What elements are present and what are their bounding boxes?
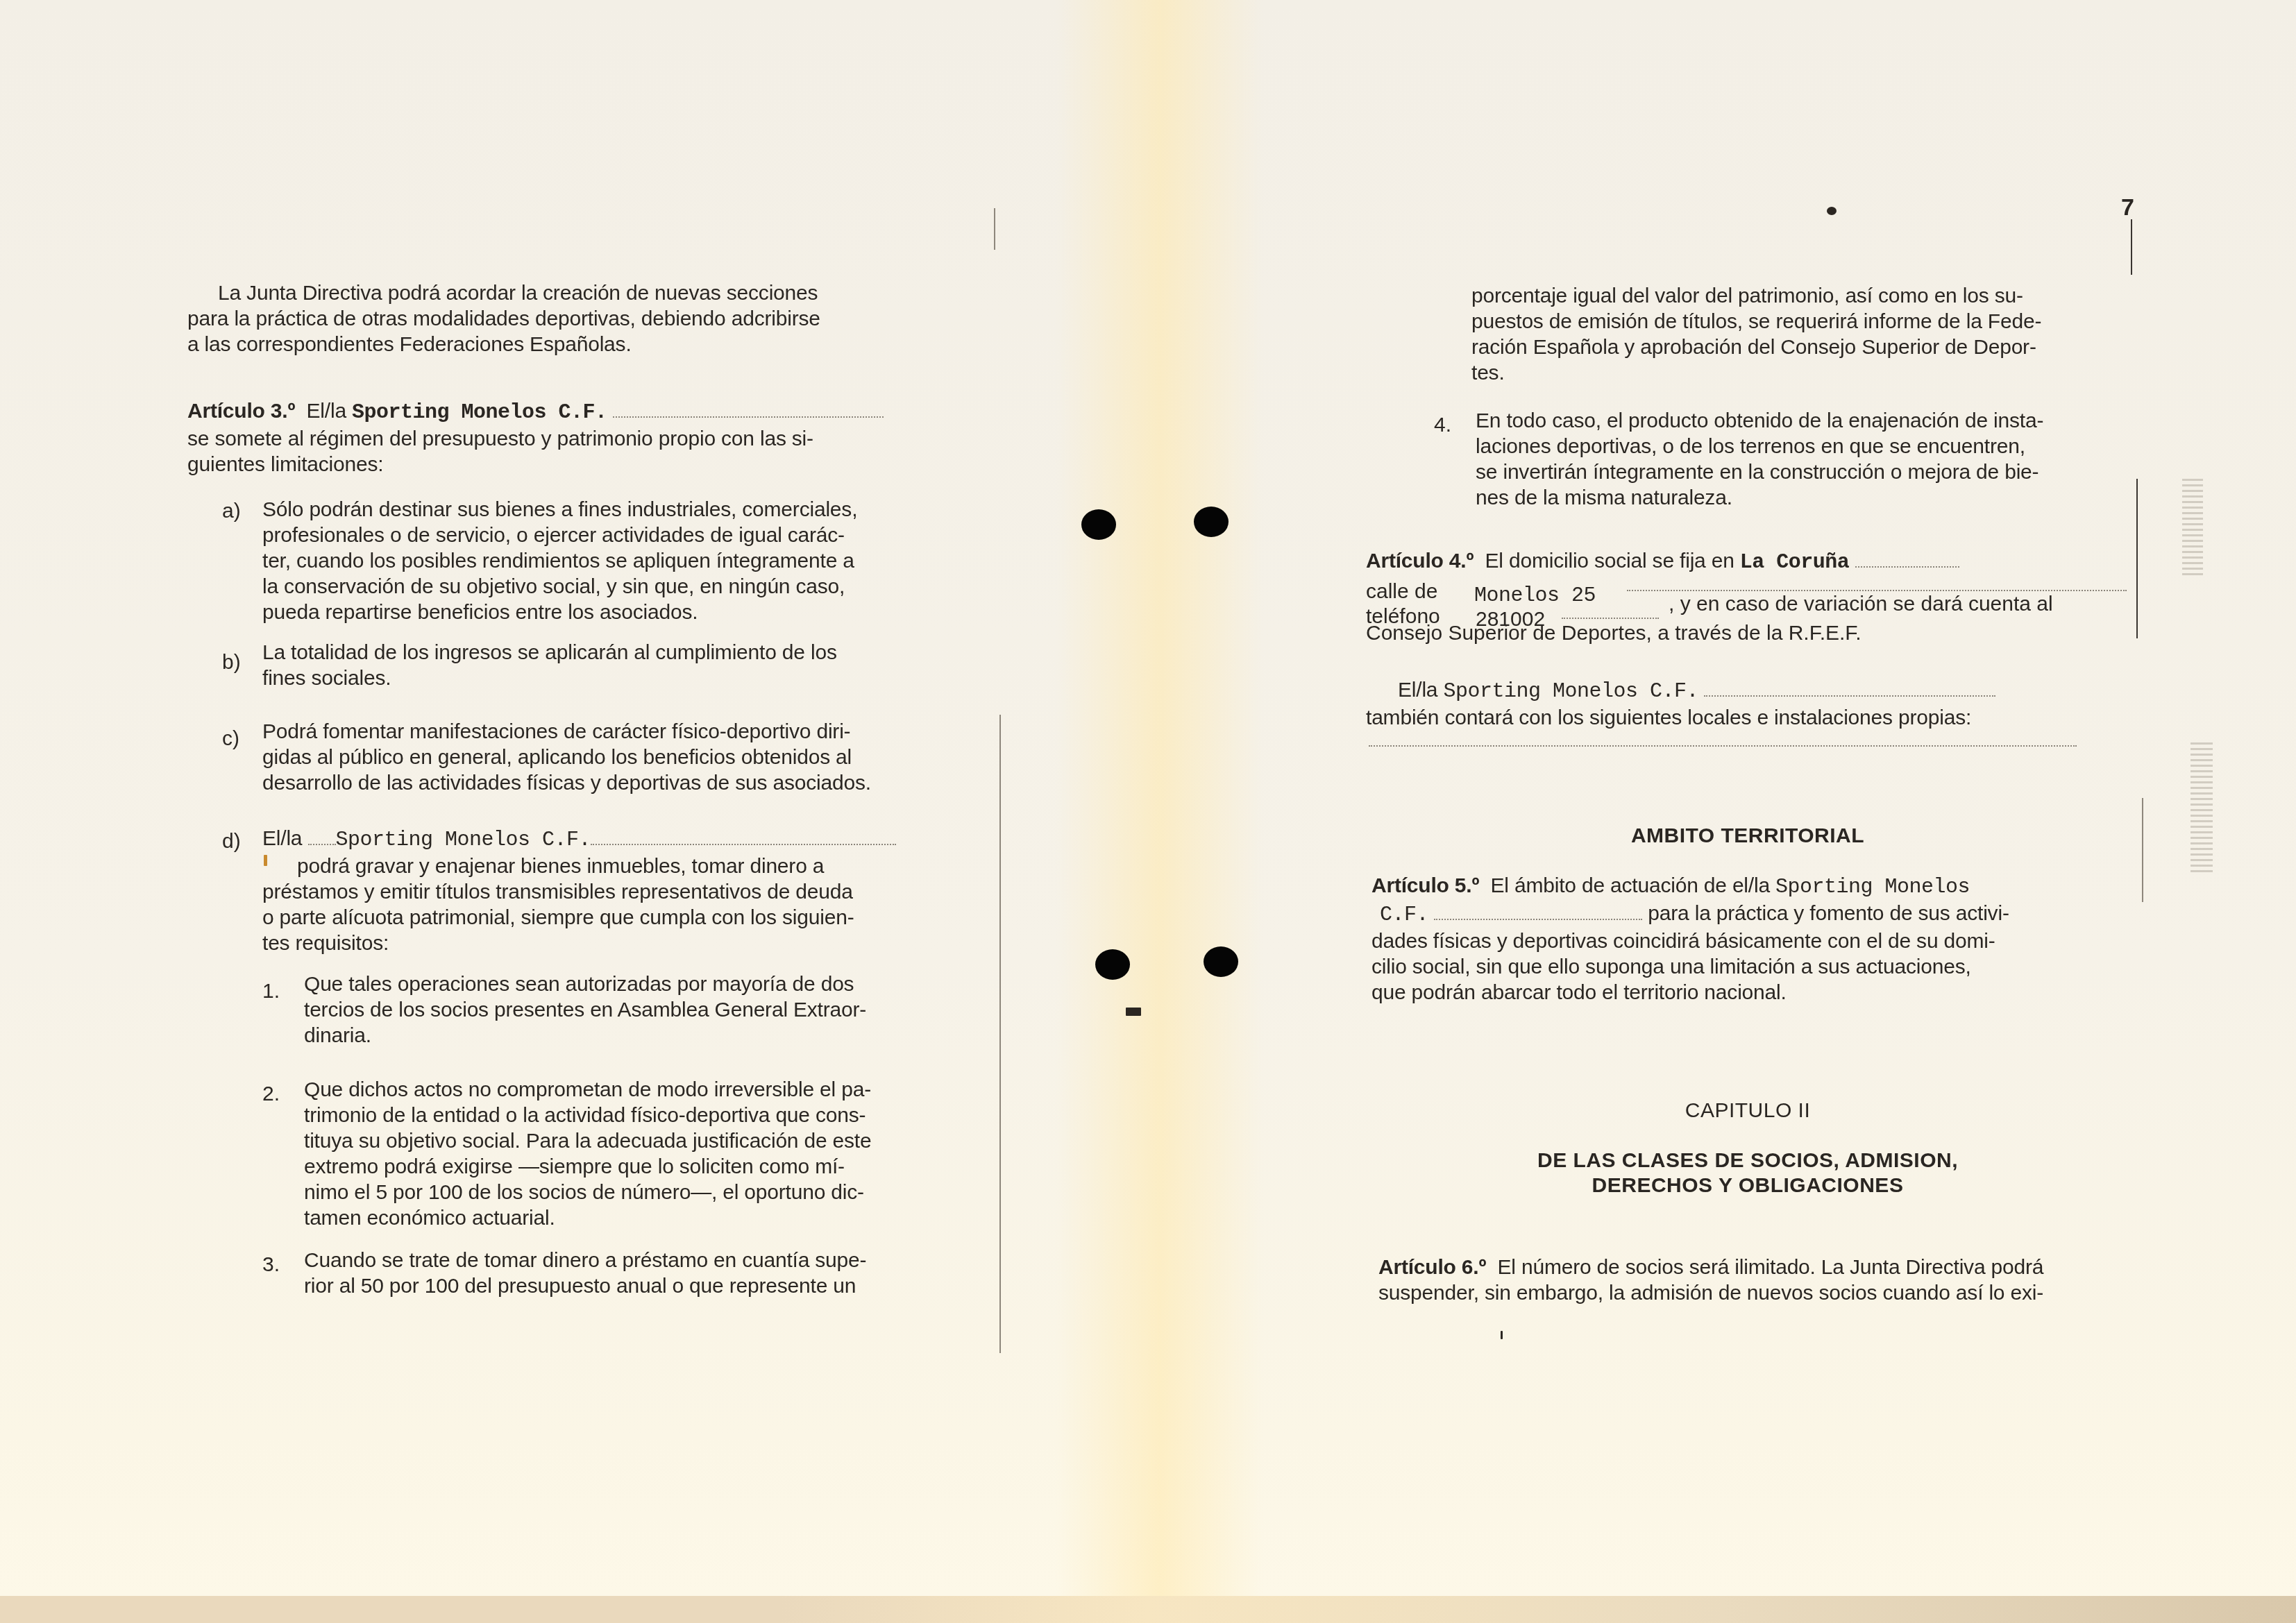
text-line: El ámbito de actuación de el/la <box>1491 874 1770 897</box>
locales-header: El/la Sporting Monelos C.F. <box>1366 677 2129 705</box>
text-line: se invertirán íntegramente en la constru… <box>1476 459 1892 485</box>
article-label: Artículo 5.º <box>1371 874 1479 897</box>
item-marker: d) <box>222 830 241 853</box>
text-line: dinaria. <box>304 1023 955 1048</box>
articulo-5: Artículo 5.º El ámbito de actuación de e… <box>1371 873 2132 1005</box>
punch-hole <box>1081 509 1116 540</box>
text-line: gidas al público en general, aplicando l… <box>262 745 947 770</box>
articulo-4-header: Artículo 4.º El domicilio social se fija… <box>1366 548 2129 576</box>
fold-line <box>994 208 995 250</box>
text-line: para la práctica de otras modalidades de… <box>187 306 944 332</box>
requisito-marker: 1. <box>262 980 280 1003</box>
fill-dotted-line <box>308 844 336 845</box>
text-line: préstamos y emitir títulos transmisibles… <box>262 879 949 905</box>
right-page: 7 porcentaje igual del valor del patrimo… <box>1148 0 2296 1596</box>
fill-dotted-line <box>1627 590 2127 591</box>
articulo-6: Artículo 6.º El número de socios será il… <box>1378 1255 2142 1306</box>
item-marker: c) <box>222 727 239 751</box>
ink-mark <box>1501 1331 1503 1339</box>
text-line: guientes limitaciones: <box>187 452 944 477</box>
article-label: Artículo 6.º <box>1378 1256 1486 1279</box>
fill-dotted-line <box>1369 745 2077 747</box>
item-marker: a) <box>222 500 241 523</box>
text-line: porcentaje igual del valor del patrimoni… <box>1471 283 1891 309</box>
text-line: para la práctica y fomento de sus activi… <box>1648 902 2009 925</box>
item-d-header: El/la Sporting Monelos C.F. <box>262 826 949 853</box>
margin-line <box>2131 219 2132 275</box>
text-lead: El/la <box>307 400 346 423</box>
street-fill: Monelos 25 <box>1474 584 1596 608</box>
text-line: suspender, sin embargo, la admisión de n… <box>1378 1280 2142 1306</box>
requisito-4: En todo caso, el producto obtenido de la… <box>1476 408 1892 511</box>
requisito-marker: 3. <box>262 1253 280 1277</box>
punch-hole <box>1095 949 1130 980</box>
requisito-marker: 2. <box>262 1082 280 1106</box>
fill-dotted-line <box>613 416 884 418</box>
ink-mark <box>264 855 267 866</box>
chapter-label: CAPITULO II <box>1366 1099 2129 1123</box>
articulo-6-header: Artículo 6.º El número de socios será il… <box>1378 1255 2142 1280</box>
page-number: 7 <box>2121 194 2134 221</box>
text-line: tes. <box>1471 360 1891 386</box>
text-line: dades físicas y deportivas coincidirá bá… <box>1371 928 2132 954</box>
text-line: desarrollo de las actividades físicas y … <box>262 770 947 796</box>
club-name-fill: C.F. <box>1371 903 1428 927</box>
club-name-fill: Sporting Monelos <box>1775 876 1970 899</box>
text-line: rior al 50 por 100 del presupuesto anual… <box>304 1273 961 1299</box>
text-line: cilio social, sin que ello suponga una l… <box>1371 954 2132 980</box>
item-c: Podrá fomentar manifestaciones de caráct… <box>262 719 947 796</box>
text-line: extremo podrá exigirse —siempre que lo s… <box>304 1154 958 1180</box>
club-name-fill: Sporting Monelos C.F. <box>336 829 591 852</box>
bleed-through-mark <box>2191 742 2213 874</box>
text-line: Que tales operaciones sean autorizadas p… <box>304 971 955 997</box>
text-line: La totalidad de los ingresos se aplicará… <box>262 640 947 665</box>
text-line: Podrá fomentar manifestaciones de caráct… <box>262 719 947 745</box>
text-line: tercios de los socios presentes en Asamb… <box>304 997 955 1023</box>
requisito-1: Que tales operaciones sean autorizadas p… <box>304 971 955 1048</box>
text-line: En todo caso, el producto obtenido de la… <box>1476 408 1892 434</box>
text-line: El número de socios será ilimitado. La J… <box>1498 1256 2044 1279</box>
locales-paragraph: El/la Sporting Monelos C.F. también cont… <box>1366 677 2129 731</box>
text-line: laciones deportivas, o de los terrenos e… <box>1476 434 1892 459</box>
text-line: Sólo podrán destinar sus bienes a fines … <box>262 497 947 522</box>
text-line: podrá gravar y enajenar bienes inmuebles… <box>262 853 949 879</box>
ink-mark <box>1827 207 1837 215</box>
requisito-3: Cuando se trate de tomar dinero a présta… <box>304 1248 961 1299</box>
text-line: ter, cuando los posibles rendimientos se… <box>262 548 947 574</box>
text-lead: El/la <box>262 827 302 850</box>
requisito-3-continuation: porcentaje igual del valor del patrimoni… <box>1471 283 1891 386</box>
item-marker: b) <box>222 651 241 674</box>
text-line: que podrán abarcar todo el territorio na… <box>1371 980 2132 1005</box>
text-line: Que dichos actos no comprometan de modo … <box>304 1077 958 1103</box>
club-name-fill: Sporting Monelos C.F. <box>1444 680 1699 704</box>
text-line: , y en caso de variación se dará cuenta … <box>1669 593 2053 616</box>
article-label: Artículo 4.º <box>1366 550 1474 572</box>
bleed-through-mark <box>2182 479 2203 576</box>
text-line: se somete al régimen del presupuesto y p… <box>187 426 944 452</box>
ink-mark <box>1126 1008 1141 1016</box>
chapter-title: DE LAS CLASES DE SOCIOS, ADMISION, <box>1366 1149 2129 1173</box>
item-b: La totalidad de los ingresos se aplicará… <box>262 640 947 691</box>
articulo-3-header: Artículo 3.º El/la Sporting Monelos C.F. <box>187 398 944 426</box>
punch-hole <box>1204 946 1238 977</box>
articulo-3: Artículo 3.º El/la Sporting Monelos C.F.… <box>187 398 944 477</box>
punch-hole <box>1194 507 1229 537</box>
text-line: Consejo Superior de Deportes, a través d… <box>1366 622 1862 645</box>
fill-dotted-line <box>1434 919 1642 920</box>
fill-dotted-line <box>1562 618 1659 619</box>
text-line: ración Española y aprobación del Consejo… <box>1471 334 1891 360</box>
item-d: El/la Sporting Monelos C.F. podrá gravar… <box>262 826 949 956</box>
scan-background-edge <box>0 1596 2296 1623</box>
chapter-title: DERECHOS Y OBLIGACIONES <box>1366 1174 2129 1198</box>
text-line: nes de la misma naturaleza. <box>1476 485 1892 511</box>
text-line: profesionales o de servicio, o ejercer a… <box>262 522 947 548</box>
requisito-marker: 4. <box>1434 414 1451 437</box>
text-line: también contará con los siguientes local… <box>1366 705 2129 731</box>
article-label: Artículo 3.º <box>187 400 295 423</box>
street-label: calle de <box>1366 580 1437 604</box>
text-lead: El/la <box>1398 679 1437 702</box>
text-line: fines sociales. <box>262 665 947 691</box>
fill-dotted-line <box>591 844 896 845</box>
text-line: El domicilio social se fija en <box>1485 550 1734 572</box>
item-a: Sólo podrán destinar sus bienes a fines … <box>262 497 947 625</box>
fill-dotted-line <box>1704 695 1995 697</box>
text-line: trimonio de la entidad o la actividad fí… <box>304 1103 958 1128</box>
text-line: Cuando se trate de tomar dinero a présta… <box>304 1248 961 1273</box>
articulo-5-line-2: C.F. para la práctica y fomento de sus a… <box>1371 901 2132 928</box>
text-line: pueda repartirse beneficios entre los as… <box>262 600 947 625</box>
fill-dotted-line <box>1855 566 1959 568</box>
section-heading: AMBITO TERRITORIAL <box>1366 824 2129 848</box>
fold-line <box>999 715 1001 1353</box>
margin-line <box>2142 798 2143 902</box>
left-page: La Junta Directiva podrá acordar la crea… <box>0 0 1148 1596</box>
requisito-2: Que dichos actos no comprometan de modo … <box>304 1077 958 1231</box>
text-line: puestos de emisión de títulos, se requer… <box>1471 309 1891 334</box>
text-line: nimo el 5 por 100 de los socios de númer… <box>304 1180 958 1205</box>
text-line: La Junta Directiva podrá acordar la crea… <box>187 280 944 306</box>
text-line: tes requisitos: <box>262 931 949 956</box>
text-line: tituya su objetivo social. Para la adecu… <box>304 1128 958 1154</box>
margin-line <box>2136 479 2138 638</box>
text-line: tamen económico actuarial. <box>304 1205 958 1231</box>
text-line: a las correspondientes Federaciones Espa… <box>187 332 944 357</box>
articulo-5-header: Artículo 5.º El ámbito de actuación de e… <box>1371 873 2132 901</box>
club-name-fill: Sporting Monelos C.F. <box>352 401 607 425</box>
text-line: o parte alícuota patrimonial, siempre qu… <box>262 905 949 931</box>
intro-paragraph: La Junta Directiva podrá acordar la crea… <box>187 280 944 357</box>
text-line: la conservación de su objetivo social, y… <box>262 574 947 600</box>
articulo-4: Artículo 4.º El domicilio social se fija… <box>1366 548 2129 576</box>
city-fill: La Coruña <box>1740 551 1850 575</box>
